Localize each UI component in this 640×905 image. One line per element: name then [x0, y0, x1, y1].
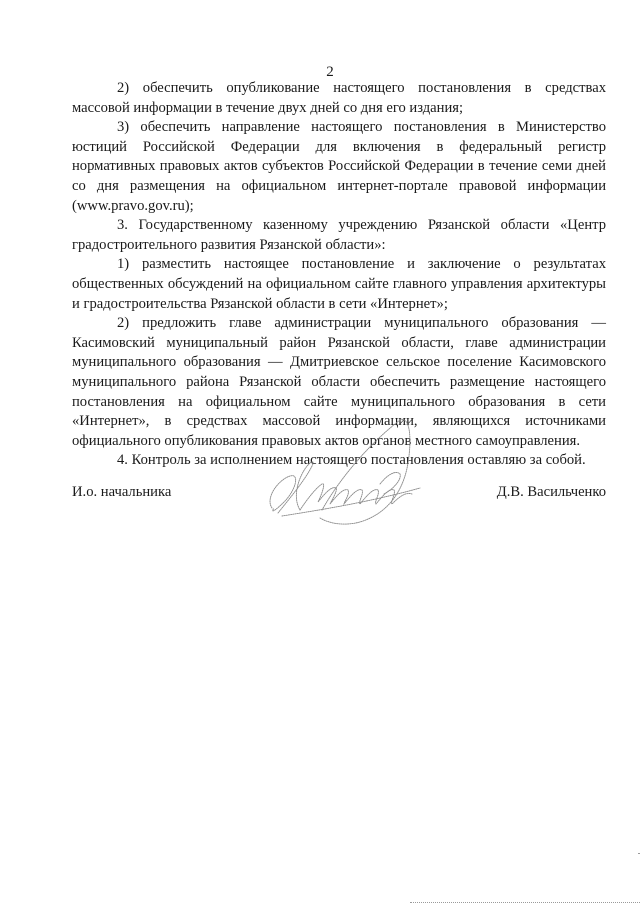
signatory-name: Д.В. Васильченко [497, 482, 606, 502]
page-number: 2 [0, 64, 640, 80]
paragraph-post-on-website: 1) разместить настоящее постановление и … [72, 255, 606, 314]
handwritten-signature-icon [260, 418, 430, 538]
scan-edge-line [410, 902, 640, 903]
document-body: 2) обеспечить опубликование настоящего п… [72, 79, 606, 471]
signatory-position: И.о. начальника [72, 482, 171, 502]
paragraph-state-institution: 3. Государственному казенному учреждению… [72, 216, 606, 255]
paragraph-send-ministry-justice: 3) обеспечить направление настоящего пос… [72, 118, 606, 216]
paragraph-publish-media: 2) обеспечить опубликование настоящего п… [72, 79, 606, 118]
